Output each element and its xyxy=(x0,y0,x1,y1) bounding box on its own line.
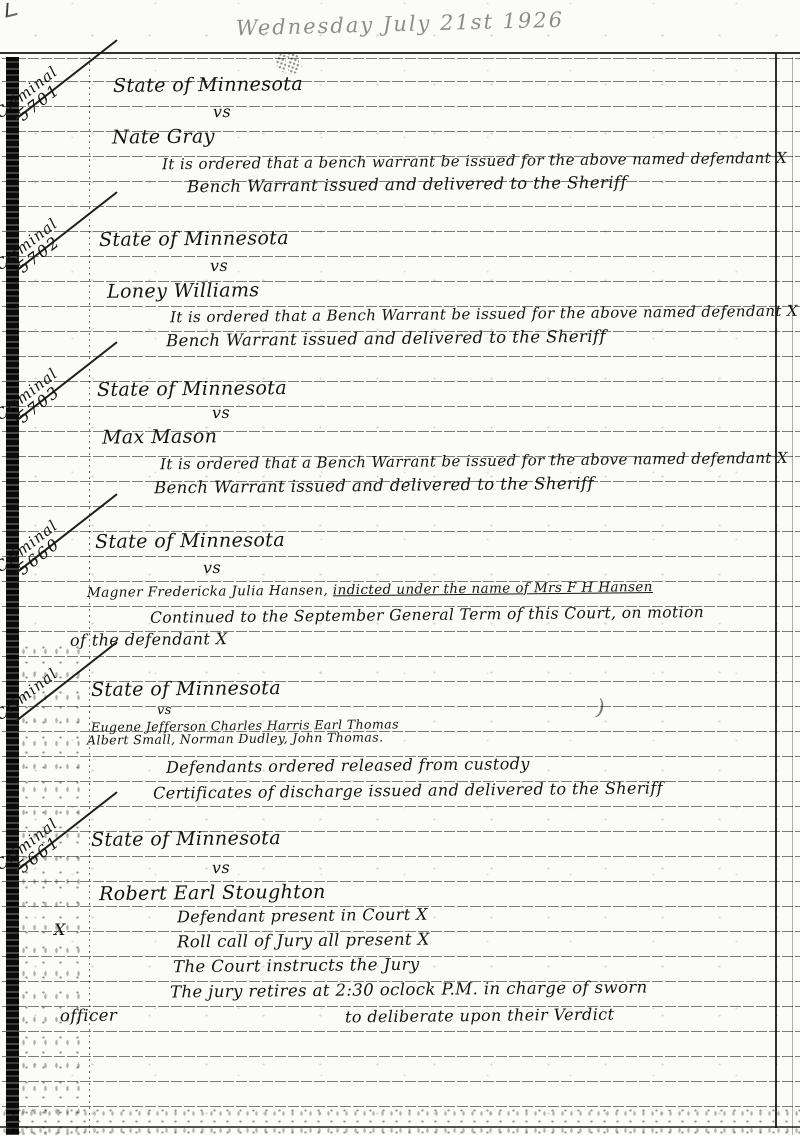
stray-ink-mark: ) xyxy=(593,695,607,721)
versus: vs xyxy=(212,403,230,422)
versus: vs xyxy=(210,256,228,275)
order-line: Roll call of Jury all present X xyxy=(177,930,430,952)
order-line: Bench Warrant issued and delivered to th… xyxy=(154,474,594,498)
plaintiff: State of Minnesota xyxy=(91,827,281,851)
plaintiff: State of Minnesota xyxy=(99,227,289,251)
order-line: Defendant present in Court X xyxy=(177,905,428,927)
margin-case-label: Criminal 5701 xyxy=(0,36,107,134)
ledger-page: Wednesday July 21st 1926 Criminal 5701 S… xyxy=(0,0,800,1135)
versus: vs xyxy=(213,102,231,121)
order-line: It is ordered that a bench warrant be is… xyxy=(162,149,787,174)
plaintiff: State of Minnesota xyxy=(95,529,285,553)
order-line: Bench Warrant issued and delivered to th… xyxy=(187,173,627,197)
case-entry-5701: Criminal 5701 State of Minnesota vs Nate… xyxy=(0,70,800,220)
margin-x-mark: X xyxy=(54,920,65,939)
plaintiff: State of Minnesota xyxy=(97,377,287,401)
case-entry-5703: Criminal 5703 State of Minnesota vs Max … xyxy=(0,372,800,522)
plaintiff: State of Minnesota xyxy=(113,73,303,97)
order-line-continuation: to deliberate upon their Verdict xyxy=(345,1005,615,1027)
order-line: It is ordered that a Bench Warrant be is… xyxy=(170,302,798,327)
case-entry-group: Criminal State of Minnesota vs Eugene Je… xyxy=(0,672,800,822)
versus: vs xyxy=(212,858,230,877)
case-entry-5702: Criminal 5702 State of Minnesota vs Lone… xyxy=(0,222,800,372)
order-line: Defendants ordered released from custody xyxy=(166,754,530,777)
defendant: Max Mason xyxy=(102,425,218,448)
defendant-alias: indicted under the name of Mrs F H Hanse… xyxy=(333,579,653,598)
page-bottom-edge xyxy=(0,1126,800,1128)
versus: vs xyxy=(157,703,172,718)
defendant: Loney Williams xyxy=(107,279,260,303)
order-line: The jury retires at 2:30 oclock P.M. in … xyxy=(170,977,648,1001)
plaintiff: State of Minnesota xyxy=(91,677,281,701)
order-line-officer: officer xyxy=(60,1006,117,1026)
order-line: The Court instructs the Jury xyxy=(173,955,420,977)
case-entry-5660: Criminal 5660 State of Minnesota vs Magn… xyxy=(0,524,800,674)
order-line: Certificates of discharge issued and del… xyxy=(153,778,663,802)
top-rule xyxy=(0,52,800,59)
order-line: It is ordered that a Bench Warrant be is… xyxy=(160,449,788,474)
order-line: Continued to the September General Term … xyxy=(150,603,704,627)
scan-noise-bottom xyxy=(0,1105,800,1135)
defendants-line: Albert Small, Norman Dudley, John Thomas… xyxy=(87,729,384,747)
corner-ink-mark xyxy=(6,0,19,18)
defendant: Magner Fredericka Julia Hansen, indicted… xyxy=(87,579,653,601)
case-entry-5661: Criminal 5661 X State of Minnesota vs Ro… xyxy=(0,822,800,1037)
defendant: Robert Earl Stoughton xyxy=(99,881,326,905)
date-header: Wednesday July 21st 1926 xyxy=(215,7,586,41)
defendant-name: Magner Fredericka Julia Hansen, xyxy=(87,582,328,601)
versus: vs xyxy=(203,558,221,577)
order-line: Bench Warrant issued and delivered to th… xyxy=(166,327,606,351)
defendant: Nate Gray xyxy=(112,125,215,148)
